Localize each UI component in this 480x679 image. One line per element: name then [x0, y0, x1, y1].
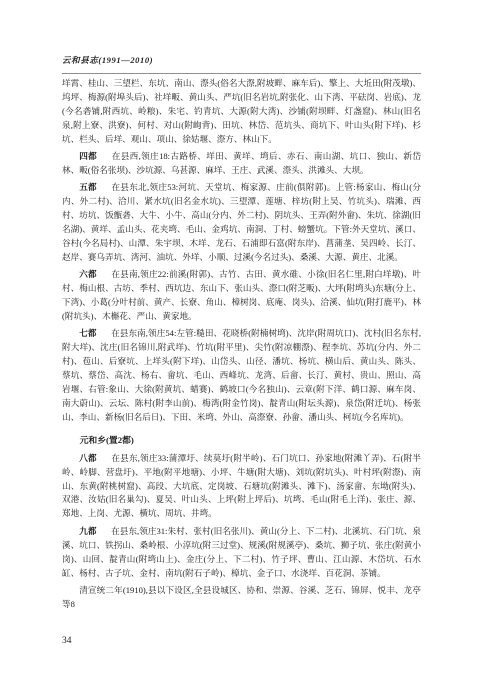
paragraph-district-8: 八都在县东,领庄33:蒲潭圩、续莫圩(附半岭)、石门坑口、孙家地(附滩丫弄)、石… — [62, 452, 421, 522]
paragraph-qing-era: 清宣统二年(1910),县以下设区,全县设城区、协和、崇源、谷溪、芝石、锦屏、悦… — [62, 584, 421, 612]
district-label: 七都 — [79, 328, 96, 338]
document-page: 云和县志(1991—2010) 垟霄、桂山、三望栏、东坑、南山、漈头(俗名大漈,… — [0, 0, 480, 679]
district-label: 五都 — [79, 182, 97, 192]
page-body: 垟霄、桂山、三望栏、东坑、南山、漈头(俗名大漈,附坡畔、麻车后)、擎上、大坵田(… — [62, 77, 421, 615]
district-label: 九都 — [79, 526, 96, 536]
paragraph-district-9: 九都在县东,领庄31:朱村、张村(旧名张川)、黄山(分上、下二村)、北溪坑、石门… — [62, 525, 421, 581]
paragraph-text: 在县东,领庄31:朱村、张村(旧名张川)、黄山(分上、下二村)、北溪坑、石门坑、… — [62, 526, 421, 578]
paragraph-district-7: 七都在县东南,领庄54:左管:糙田、花晓桥(附楠树塆)、沈岸(附周坑口)、沈村(… — [62, 327, 421, 424]
page-number: 34 — [62, 636, 72, 646]
subheading-yuanhe-township: 元和乡(置2都) — [62, 433, 421, 447]
paragraph-district-4: 四都在县西,领庄18:古路桥、垟田、黄垟、塆后、赤石、南山湖、坑口、独山、新岱林… — [62, 150, 421, 178]
paragraph-text: 在县东,领庄33:蒲潭圩、续莫圩(附半岭)、石门坑口、孙家地(附滩丫弄)、石(附… — [62, 453, 421, 519]
paragraph-text: 在县东北,领庄53:河坑、天堂坑、梅家源、庄前(俱附郭)。上管:杨家山、梅山(分… — [62, 182, 421, 262]
district-label: 六都 — [79, 269, 97, 279]
book-title: 云和县志(1991—2010) — [62, 55, 153, 65]
district-label: 四都 — [79, 151, 97, 161]
page-header: 云和县志(1991—2010) — [62, 50, 421, 74]
district-label: 八都 — [79, 453, 97, 463]
paragraph-district-5: 五都在县东北,领庄53:河坑、天堂坑、梅家源、庄前(俱附郭)。上管:杨家山、梅山… — [62, 181, 421, 264]
paragraph-district-6: 六都在县南,领庄22:前溪(附郭)、古竹、古田、黄水碓、小徐(旧名仁里,附白垟墩… — [62, 268, 421, 324]
paragraph-text: 在县南,领庄22:前溪(附郭)、古竹、古田、黄水碓、小徐(旧名仁里,附白垟墩)、… — [62, 269, 421, 321]
paragraph-text: 清宣统二年(1910),县以下设区,全县设城区、协和、崇源、谷溪、芝石、锦屏、悦… — [62, 585, 421, 609]
paragraph-text: 垟霄、桂山、三望栏、东坑、南山、漈头(俗名大漈,附坡畔、麻车后)、擎上、大坵田(… — [62, 78, 421, 144]
paragraph-continuation: 垟霄、桂山、三望栏、东坑、南山、漈头(俗名大漈,附坡畔、麻车后)、擎上、大坵田(… — [62, 77, 421, 147]
paragraph-text: 在县西,领庄18:古路桥、垟田、黄垟、塆后、赤石、南山湖、坑口、独山、新岱林、畈… — [62, 151, 421, 175]
paragraph-text: 在县东南,领庄54:左管:糙田、花晓桥(附楠树塆)、沈岸(附周坑口)、沈村(旧名… — [62, 328, 421, 421]
